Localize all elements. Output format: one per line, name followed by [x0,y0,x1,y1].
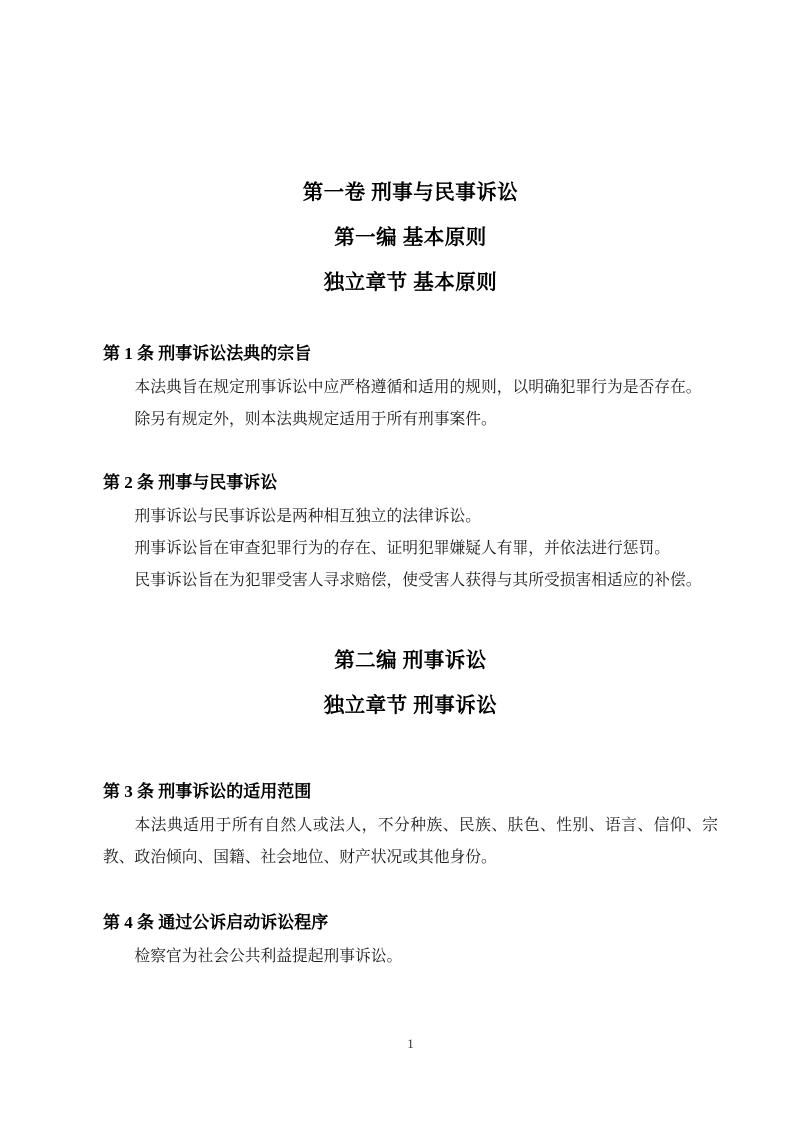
article-1-title: 第 1 条 刑事诉讼法典的宗旨 [103,343,718,364]
article-4: 第 4 条 通过公诉启动诉讼程序 检察官为社会公共利益提起刑事诉讼。 [103,912,718,973]
part2-heading: 第二编 刑事诉讼 [103,650,718,673]
part2-headings: 第二编 刑事诉讼 独立章节 刑事诉讼 [103,650,718,718]
article-3-title: 第 3 条 刑事诉讼的适用范围 [103,781,718,802]
part1-heading: 第一编 基本原则 [103,227,718,250]
article-4-title: 第 4 条 通过公诉启动诉讼程序 [103,912,718,933]
document-page: 第一卷 刑事与民事诉讼 第一编 基本原则 独立章节 基本原则 第 1 条 刑事诉… [0,0,793,1122]
article-4-paragraph: 检察官为社会公共利益提起刑事诉讼。 [103,941,718,973]
article-3-paragraph: 本法典适用于所有自然人或法人，不分种族、民族、肤色、性别、语言、信仰、宗教、政治… [103,810,718,874]
article-2-paragraph: 刑事诉讼旨在审查犯罪行为的存在、证明犯罪嫌疑人有罪，并依法进行惩罚。 [103,533,718,565]
article-2-paragraph: 民事诉讼旨在为犯罪受害人寻求赔偿，使受害人获得与其所受损害相适应的补偿。 [103,565,718,597]
article-1-paragraph: 本法典旨在规定刑事诉讼中应严格遵循和适用的规则，以明确犯罪行为是否存在。 [103,372,718,404]
document-headings: 第一卷 刑事与民事诉讼 第一编 基本原则 独立章节 基本原则 [103,0,718,295]
page-number: 1 [103,1036,718,1052]
article-2-paragraph: 刑事诉讼与民事诉讼是两种相互独立的法律诉讼。 [103,501,718,533]
article-1-paragraph: 除另有规定外，则本法典规定适用于所有刑事案件。 [103,404,718,436]
article-1: 第 1 条 刑事诉讼法典的宗旨 本法典旨在规定刑事诉讼中应严格遵循和适用的规则，… [103,343,718,436]
chapter2-heading: 独立章节 刑事诉讼 [103,695,718,718]
article-2-title: 第 2 条 刑事与民事诉讼 [103,472,718,493]
article-2: 第 2 条 刑事与民事诉讼 刑事诉讼与民事诉讼是两种相互独立的法律诉讼。 刑事诉… [103,472,718,597]
article-3: 第 3 条 刑事诉讼的适用范围 本法典适用于所有自然人或法人，不分种族、民族、肤… [103,781,718,874]
volume-heading: 第一卷 刑事与民事诉讼 [103,182,718,205]
chapter1-heading: 独立章节 基本原则 [103,272,718,295]
